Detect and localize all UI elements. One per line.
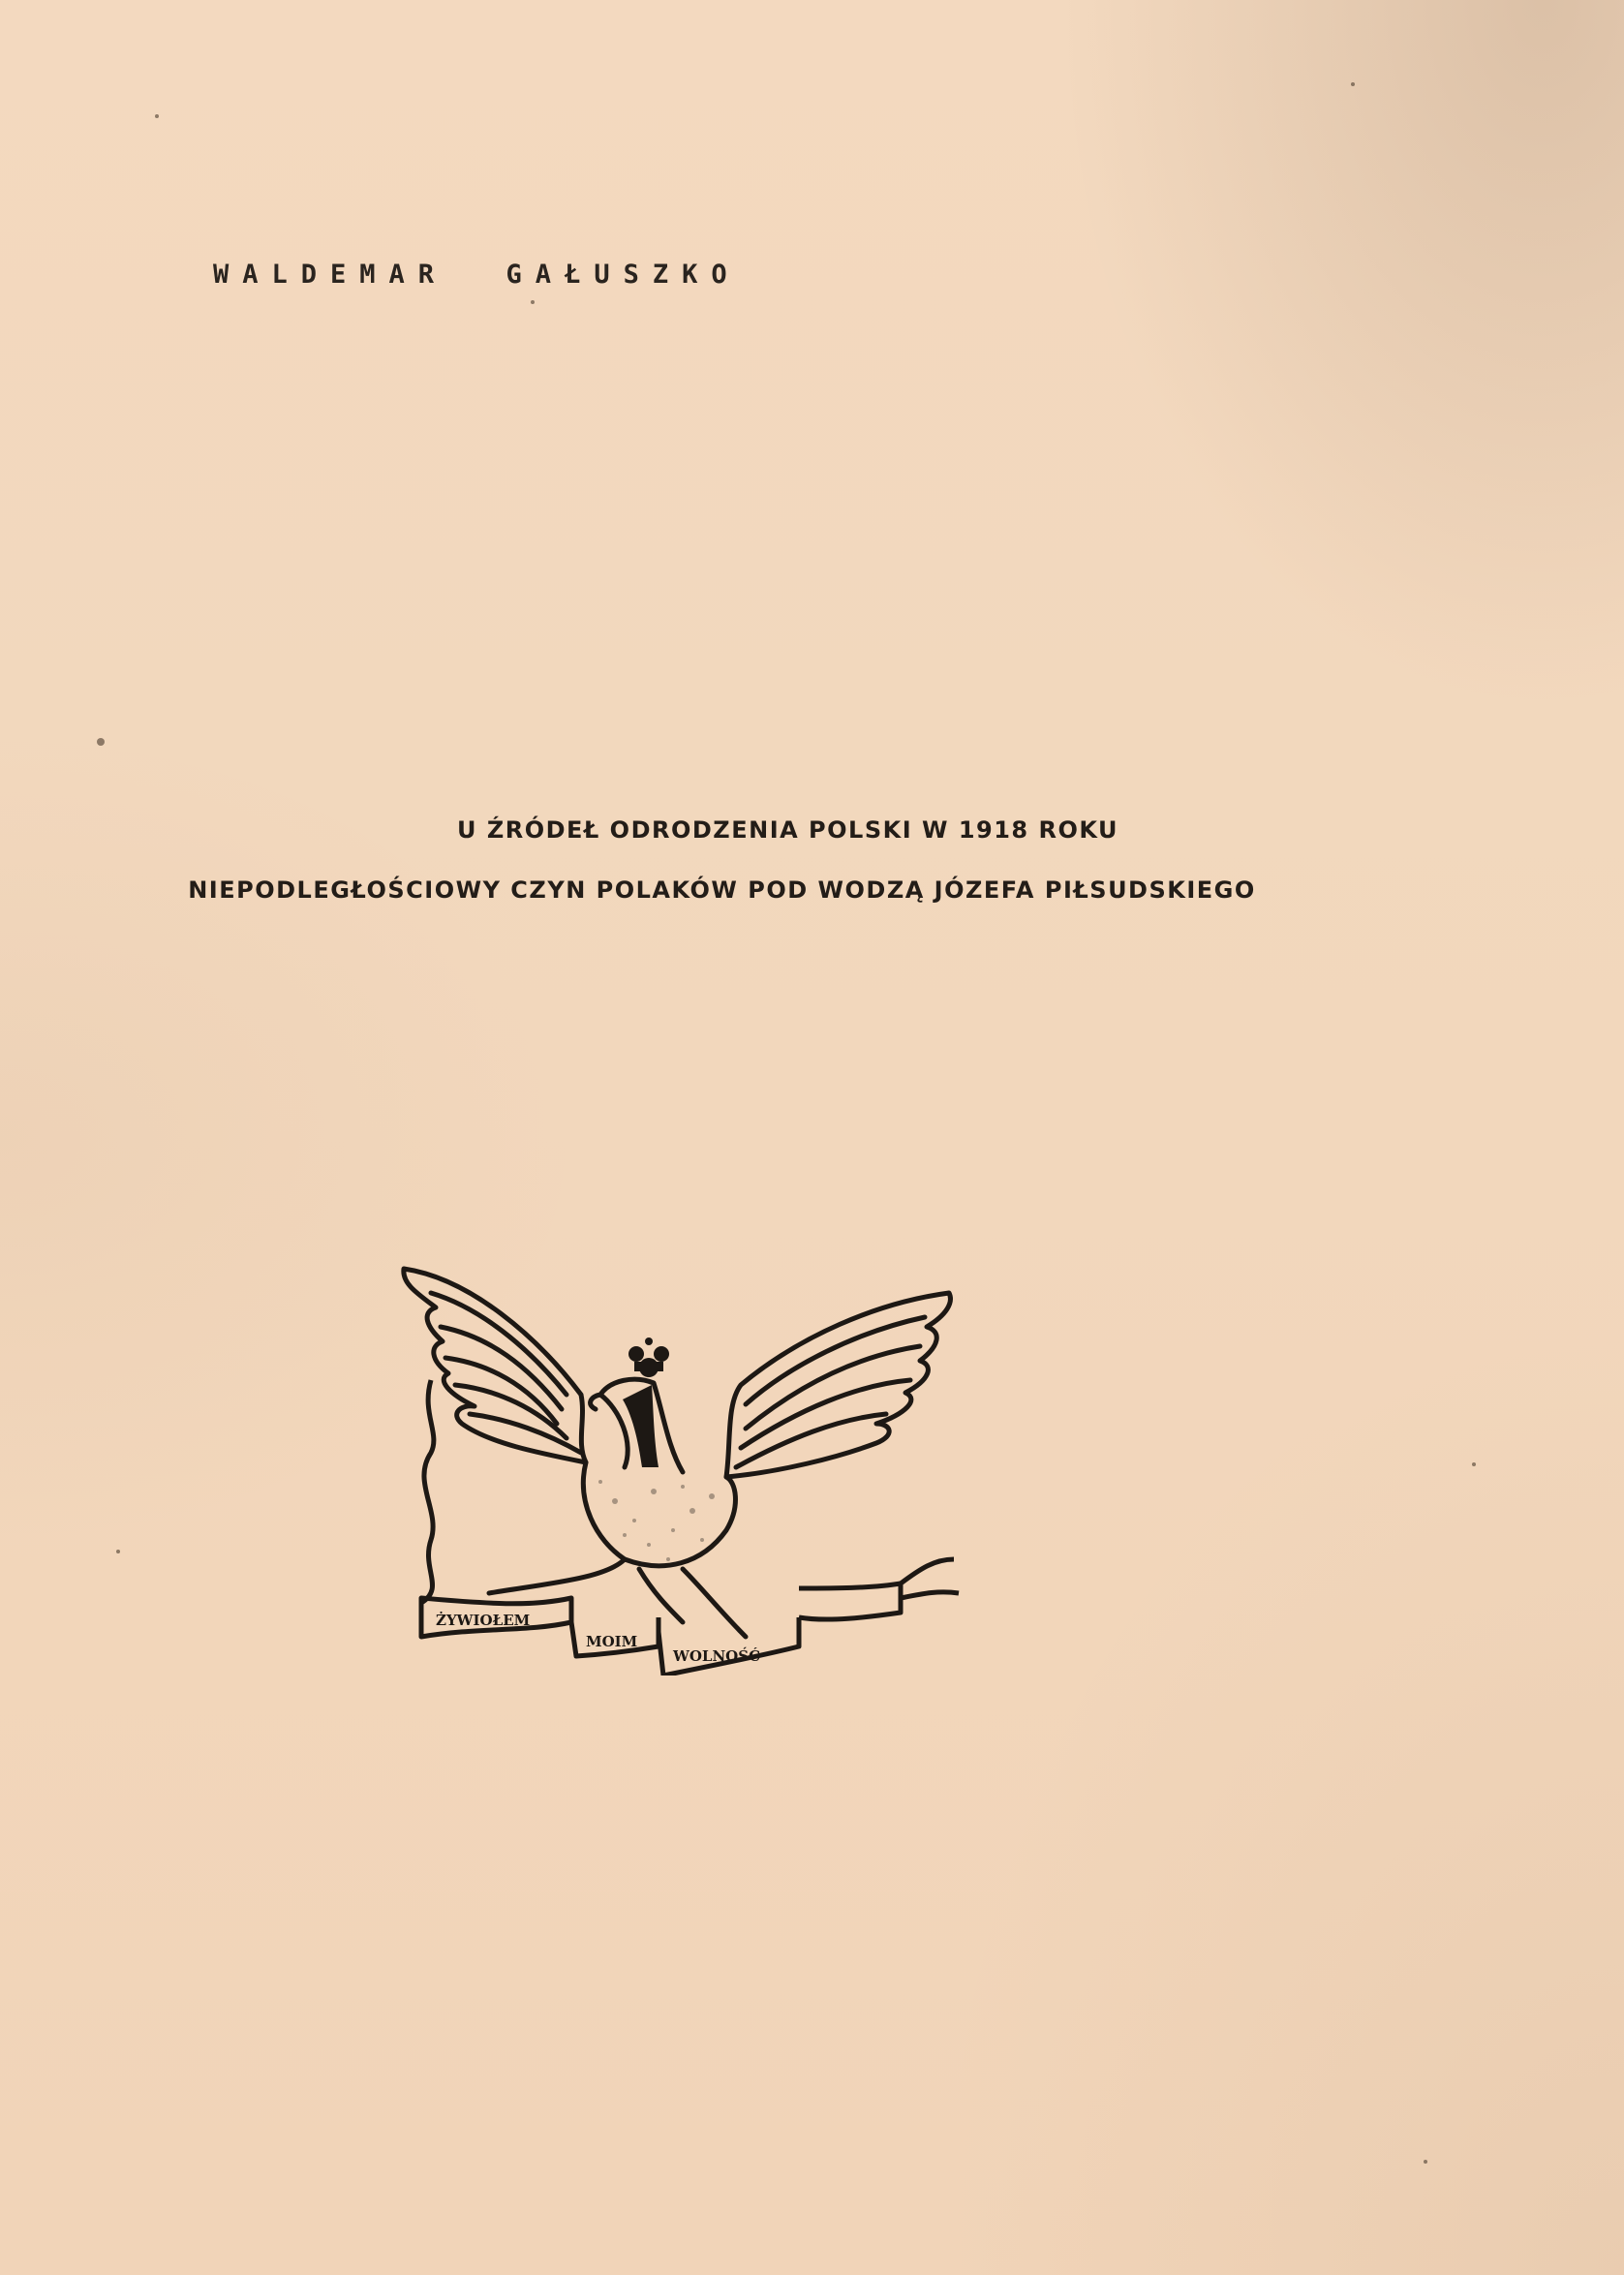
- author-name: WALDEMAR GAŁUSZKO: [213, 260, 741, 290]
- paper-speck: [531, 300, 535, 304]
- ribbon-motto-2: MOIM: [586, 1633, 637, 1650]
- ribbon-motto-3: WOLNOŚĆ: [672, 1647, 760, 1665]
- paper-speck: [1472, 1462, 1476, 1466]
- crowned-eagle-icon: ŻYWIOŁEM MOIM WOLNOŚĆ: [392, 1249, 964, 1676]
- paper-speck: [97, 738, 105, 746]
- paper-speck: [116, 1550, 120, 1553]
- document-page: WALDEMAR GAŁUSZKO U ŹRÓDEŁ ODRODZENIA PO…: [0, 0, 1624, 2275]
- paper-speck: [1424, 2160, 1427, 2164]
- paper-speck: [1351, 82, 1355, 86]
- title-line-1: U ŹRÓDEŁ ODRODZENIA POLSKI W 1918 ROKU: [0, 816, 1600, 844]
- title-line-2: NIEPODLEGŁOŚCIOWY CZYN POLAKÓW POD WODZĄ…: [0, 876, 1534, 904]
- ribbon-motto-1: ŻYWIOŁEM: [436, 1611, 530, 1629]
- paper-speck: [155, 114, 159, 118]
